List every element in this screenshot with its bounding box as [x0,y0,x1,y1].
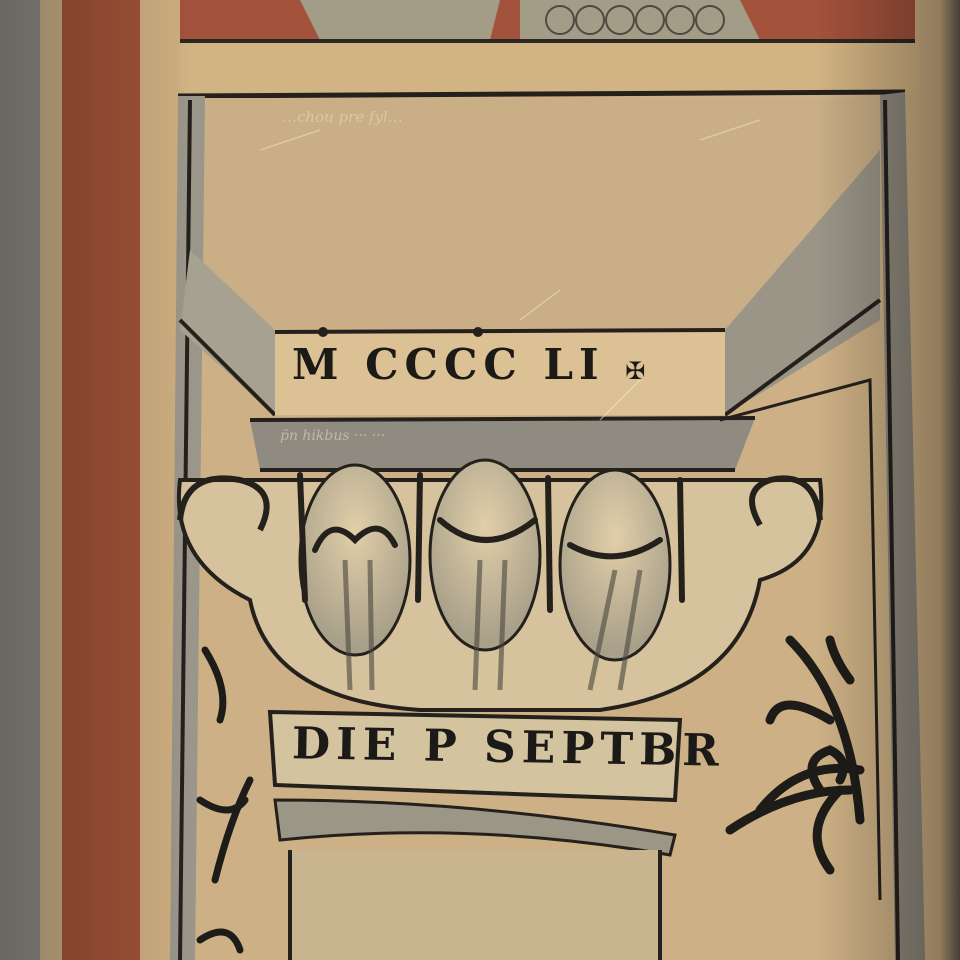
cross-mark: ✠ [625,357,651,385]
band-inscription: DIE P SEPTBR [292,718,726,777]
fresco-photo: M CCCC LI ✠ DIE P SEPTBR …chou pre ſyl… … [0,0,960,960]
fresco-painting [0,0,960,960]
date-text: M CCCC LI [292,340,605,389]
graffito-middle: p̄n hikbus ··· ··· [280,428,385,444]
graffito-top: …chou pre ſyl… [282,108,403,126]
abacus-inscription: M CCCC LI ✠ [292,340,651,389]
